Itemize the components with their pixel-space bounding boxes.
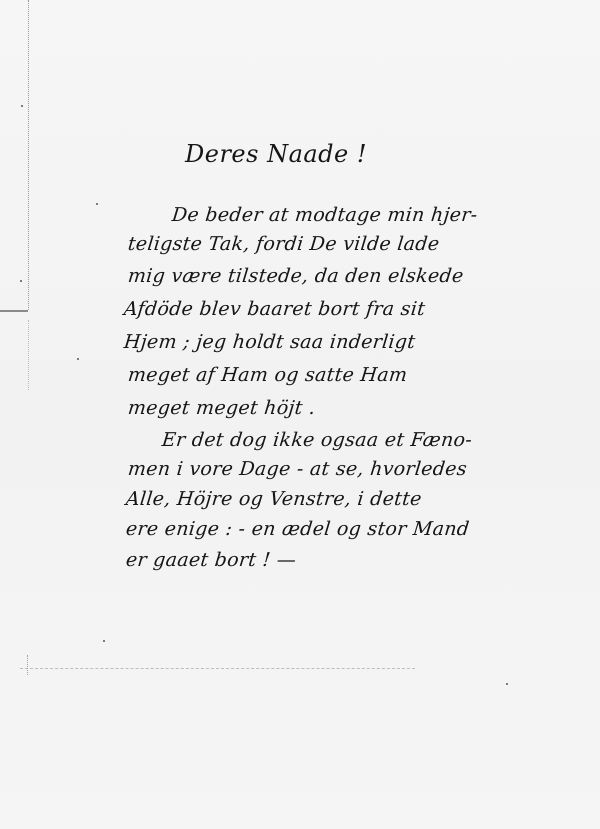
letter-line: Hjem ; jeg holdt saa inderligt [123,331,417,353]
letter-line: meget af Ham og satte Ham [127,364,409,386]
letter-line: De beder at modtage min hjer- [171,204,479,226]
letter-line: Er det dog ikke ogsaa et Fæno- [161,429,473,451]
letter-line: er gaaet bort ! — [125,549,298,571]
letter-line: ere enige : - en ædel og stor Mand [125,518,471,540]
letter-salutation: Deres Naade ! [185,140,367,168]
letter-line: meget meget höjt . [127,397,317,419]
letter-page: Deres Naade ! De beder at modtage min hj… [0,0,600,829]
handwritten-letter: Deres Naade ! De beder at modtage min hj… [0,0,600,829]
letter-line: men i vore Dage - at se, hvorledes [127,458,468,480]
letter-line: mig være tilstede, da den elskede [127,265,465,287]
letter-line: Alle, Höjre og Venstre, i dette [125,488,423,510]
letter-line: Afdöde blev baaret bort fra sit [123,298,426,320]
letter-line: teligste Tak, fordi De vilde lade [127,233,441,255]
